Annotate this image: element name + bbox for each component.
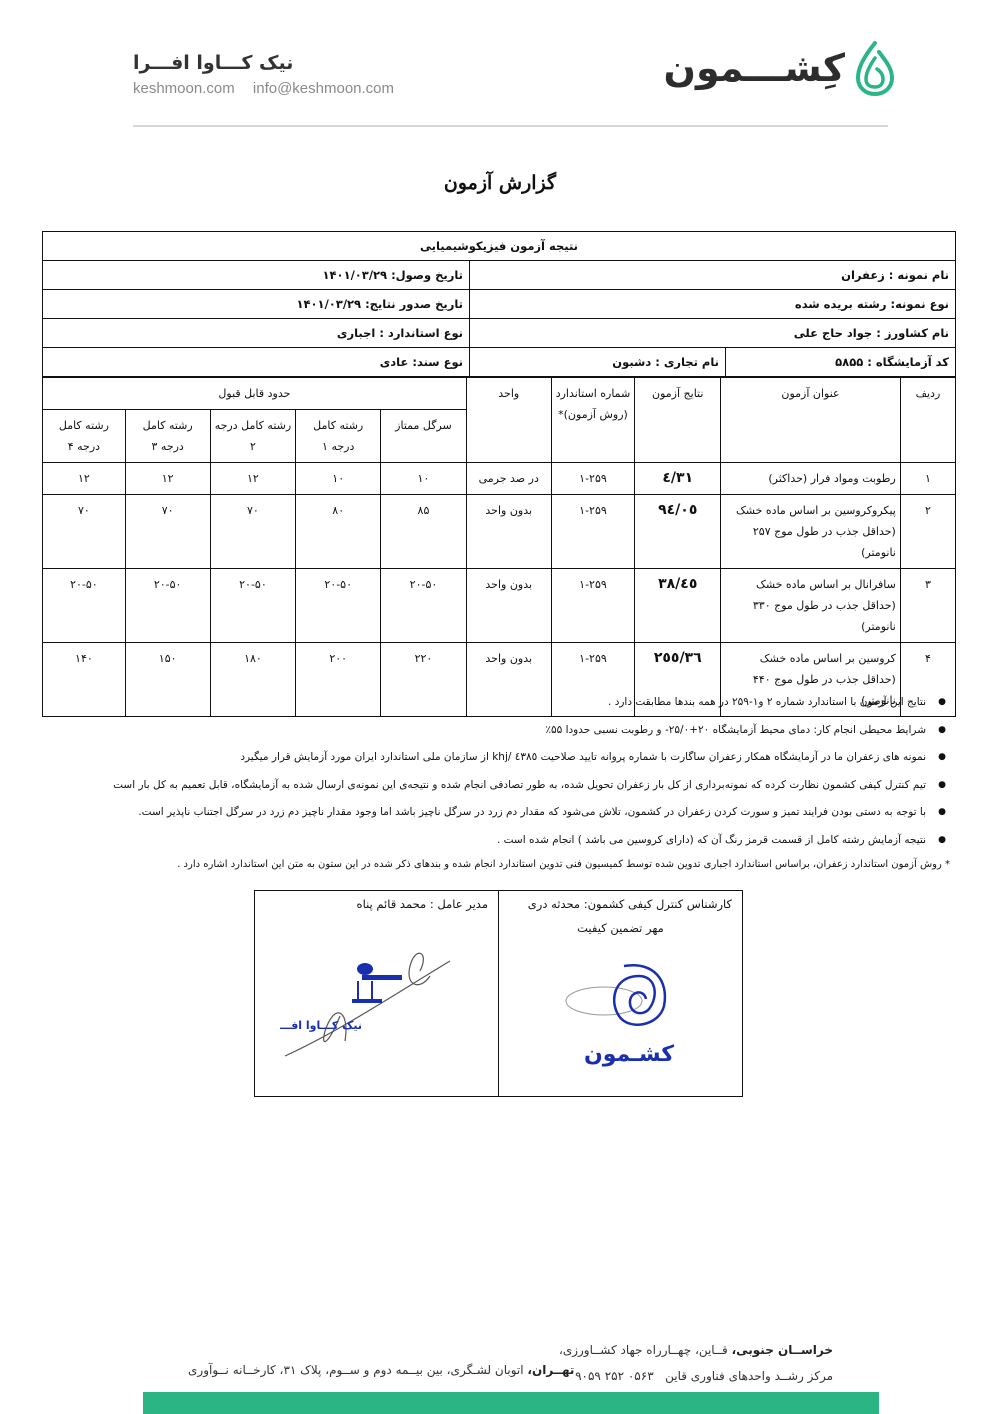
table-row: ۳ سافرانال بر اساس ماده خشک (حداقل جذب د… (43, 569, 956, 643)
row-sargol: ۲۰-۵۰ (381, 569, 467, 643)
sample-name: نام نمونه : زعفران (470, 261, 956, 290)
row-grade-3: ۲۰-۵۰ (125, 569, 210, 643)
header-grade-2: رشته کامل درجه ۲ (210, 410, 296, 463)
row-standard: ۱-۲۵۹ (551, 569, 635, 643)
note-item: نتیجه آزمایش رشته کامل از قسمت قرمز رنگ … (42, 832, 956, 860)
khorasan-street: قــاین، چهــارراه جهاد کشــاورزی، (559, 1343, 728, 1357)
farmer-name: نام کشاورز : جواد حاج علی (470, 319, 956, 348)
note-item: نتایج این آزمون با استاندارد شماره ۲ و۱-… (42, 694, 956, 722)
company-name: نیک کـــاوا افـــرا (133, 52, 408, 74)
row-grade-4: ۱۲ (43, 463, 126, 495)
row-sargol: ۸۵ (381, 495, 467, 569)
page-footer: خراســان جنوبی، قــاین، چهــارراه جهاد ک… (0, 1330, 1000, 1414)
row-unit: بدون واحد (466, 495, 551, 569)
table-row: ۲ پیکروکروسین بر اساس ماده خشک (حداقل جذ… (43, 495, 956, 569)
test-results-table: ردیف عنوان آزمون نتایج آزمون شماره استان… (42, 377, 956, 717)
row-grade-3: ۷۰ (125, 495, 210, 569)
header-test-title: عنوان آزمون (721, 378, 901, 463)
row-result: ٣٨/٤٥ (635, 569, 721, 643)
row-standard: ۱-۲۵۹ (551, 495, 635, 569)
header-unit: واحد (466, 378, 551, 463)
quality-stamp-icon: کشـمون (564, 961, 694, 1071)
document-type: نوع سند: عادی (43, 348, 470, 377)
note-item: تیم کنترل کیفی کشمون نظارت کرده که نمونه… (42, 777, 956, 805)
trade-name: نام تجاری : دشبون (470, 348, 726, 377)
receive-date: تاریخ وصول: ۱۴۰۱/۰۳/۲۹ (43, 261, 470, 290)
keshmoon-logo: کِشـــمون (664, 40, 895, 96)
row-test-title: سافرانال بر اساس ماده خشک (حداقل جذب در … (721, 569, 901, 643)
ceo-signature-icon: نیک کـــاوا افـــرا (280, 941, 460, 1061)
logo-drop-icon (855, 40, 895, 96)
standard-type: نوع استاندارد : اجباری (43, 319, 470, 348)
row-no: ۲ (900, 495, 955, 569)
phone-number[interactable]: ۰۵۶۳ ۲۵۲ ۹۰۵۹ (575, 1369, 654, 1383)
contact-line: keshmoon.com info@keshmoon.com (133, 80, 408, 97)
header-grade-4: رشته کامل درجه ۴ (43, 410, 126, 463)
email-link[interactable]: info@keshmoon.com (253, 80, 394, 97)
issue-date: تاریخ صدور نتایج: ۱۴۰۱/۰۳/۲۹ (43, 290, 470, 319)
note-item: با توجه به دستی بودن فرایند تمیز و سورت … (42, 804, 956, 832)
row-grade-3: ۱۲ (125, 463, 210, 495)
footer-brand-bar (143, 1392, 879, 1414)
row-result: ٩٤/٠٥ (635, 495, 721, 569)
header-grade-sargol: سرگل ممتاز (381, 410, 467, 463)
khorasan-address: خراســان جنوبی، قــاین، چهــارراه جهاد ک… (559, 1337, 833, 1389)
tehran-address: تهــران، اتوبان لشـگری، بین بیــمه دوم و… (188, 1363, 574, 1377)
notes-list: نتایج این آزمون با استاندارد شماره ۲ و۱-… (42, 694, 956, 879)
row-result: ٤/٣١ (635, 463, 721, 495)
header-acceptable-limits: حدود قابل قبول (43, 378, 467, 410)
khorasan-center: مرکز رشــد واحدهای فناوری قاین (665, 1369, 833, 1383)
row-standard: ۱-۲۵۹ (551, 463, 635, 495)
info-table-title: نتیجه آزمون فیزیکوشیمیایی (43, 232, 956, 261)
svg-text:نیک کـــاوا افـــرا: نیک کـــاوا افـــرا (280, 1019, 362, 1032)
row-no: ۱ (900, 463, 955, 495)
header-row-no: ردیف (900, 378, 955, 463)
header-grade-3: رشته کامل درجه ۳ (125, 410, 210, 463)
row-unit: در صد جرمی (466, 463, 551, 495)
row-unit: بدون واحد (466, 569, 551, 643)
method-footnote: * روش آزمون استاندارد زعفران، براساس است… (42, 859, 956, 879)
row-grade-2: ۱۲ (210, 463, 296, 495)
company-contact-block: نیک کـــاوا افـــرا keshmoon.com info@ke… (133, 52, 408, 97)
tehran-label: تهــران، (527, 1363, 574, 1377)
note-item: نمونه های زعفران ما در آزمایشگاه همکار ز… (42, 749, 956, 777)
quality-stamp-label: مهر تضمین کیفیت (509, 921, 732, 935)
sample-info-table: نتیجه آزمون فیزیکوشیمیایی نام نمونه : زع… (42, 231, 956, 377)
tehran-street: اتوبان لشـگری، بین بیــمه دوم و ســوم، پ… (188, 1363, 524, 1377)
ceo-label: مدیر عامل : محمد قائم پناه (357, 897, 488, 911)
logo-text: کِشـــمون (664, 46, 845, 90)
row-no: ۳ (900, 569, 955, 643)
row-grade-1: ۲۰-۵۰ (296, 569, 381, 643)
header-grade-1: رشته کامل درجه ۱ (296, 410, 381, 463)
page-header: نیک کـــاوا افـــرا keshmoon.com info@ke… (0, 0, 1000, 130)
row-grade-2: ۲۰-۵۰ (210, 569, 296, 643)
header-standard-no: شماره استاندارد (روش آزمون)* (551, 378, 635, 463)
row-grade-4: ۲۰-۵۰ (43, 569, 126, 643)
table-row: ۱ رطوبت ومواد فرار (حداکثر) ٤/٣١ ۱-۲۵۹ د… (43, 463, 956, 495)
row-grade-1: ۱۰ (296, 463, 381, 495)
row-grade-1: ۸۰ (296, 495, 381, 569)
row-grade-4: ۷۰ (43, 495, 126, 569)
header-test-result: نتایج آزمون (635, 378, 721, 463)
sample-type: نوع نمونه: رشته بریده شده (470, 290, 956, 319)
ceo-signature-cell: مدیر عامل : محمد قائم پناه نیک کـــاوا ا… (255, 891, 499, 1097)
lab-code: کد آزمایشگاه : ۵۸۵۵ (726, 348, 956, 377)
svg-text:کشـمون: کشـمون (584, 1042, 674, 1067)
header-divider (133, 125, 888, 127)
row-test-title: رطوبت ومواد فرار (حداکثر) (721, 463, 901, 495)
page-title: گزارش آزمون (0, 172, 1000, 194)
signature-table: کارشناس کنترل کیفی کشمون: محدثه دری مهر … (254, 890, 743, 1097)
website-link[interactable]: keshmoon.com (133, 80, 235, 97)
qc-signature-cell: کارشناس کنترل کیفی کشمون: محدثه دری مهر … (499, 891, 743, 1097)
note-item: شرایط محیطی انجام کار: دمای محیط آزمایشگ… (42, 722, 956, 750)
row-test-title: پیکروکروسین بر اساس ماده خشک (حداقل جذب … (721, 495, 901, 569)
qc-expert-label: کارشناس کنترل کیفی کشمون: محدثه دری (528, 897, 732, 911)
row-sargol: ۱۰ (381, 463, 467, 495)
khorasan-label: خراســان جنوبی، (732, 1343, 833, 1357)
row-grade-2: ۷۰ (210, 495, 296, 569)
